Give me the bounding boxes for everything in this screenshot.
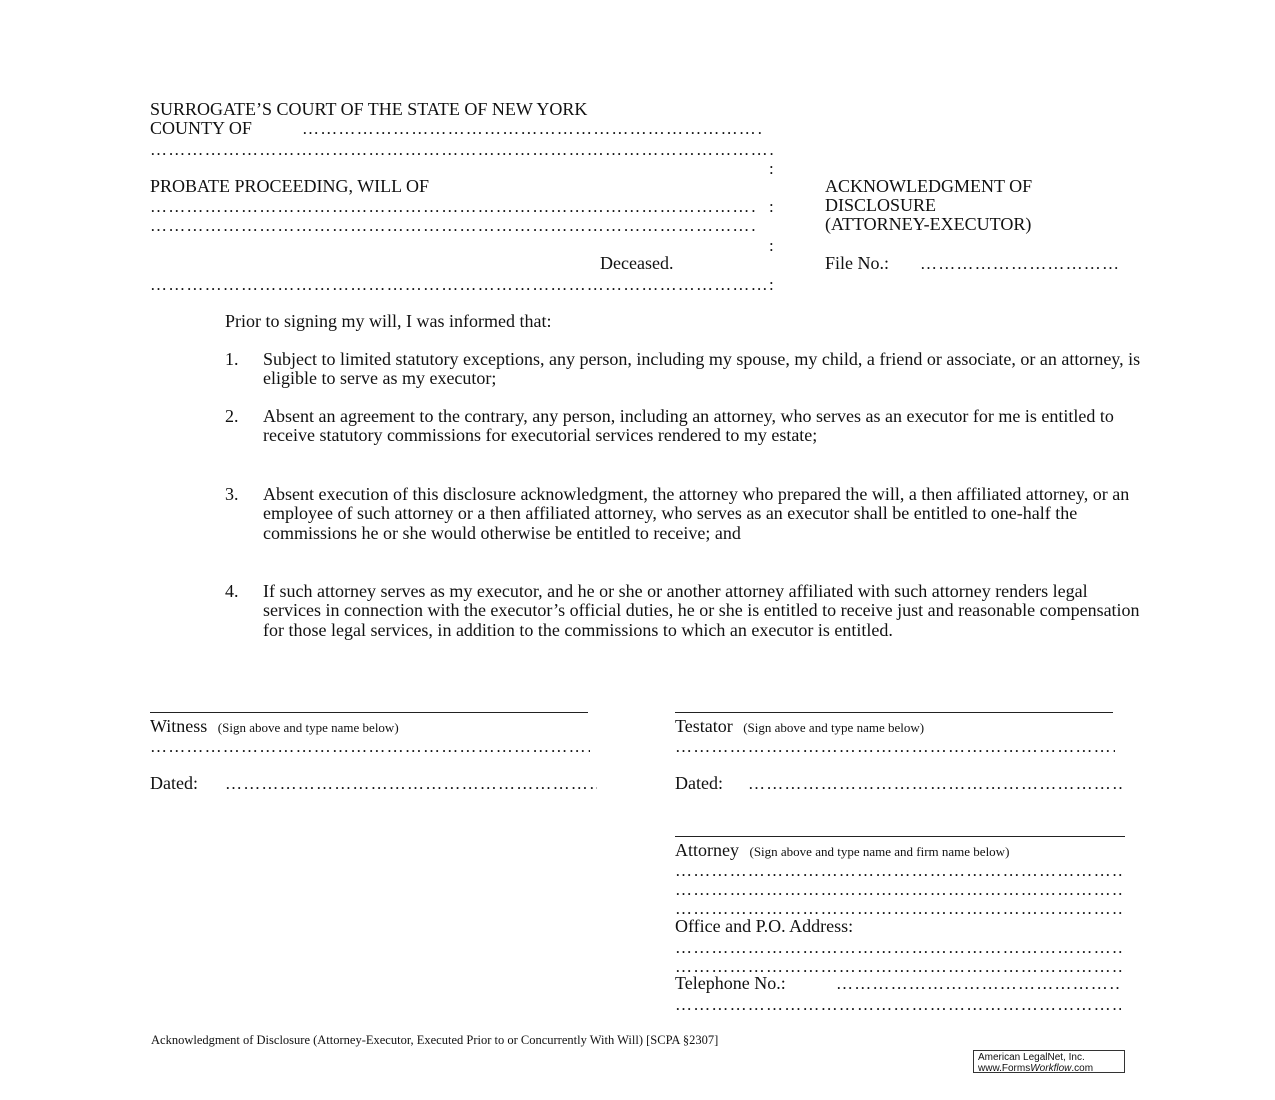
office-address-label: Office and P.O. Address: <box>675 917 853 936</box>
item-number: 2. <box>225 407 239 426</box>
witness-signature-line[interactable] <box>150 712 588 713</box>
document-title-line3: (ATTORNEY-EXECUTOR) <box>825 215 1031 234</box>
item-number: 4. <box>225 582 239 601</box>
office-address-field-1[interactable]: …………………………………………………………………………… <box>675 938 1125 957</box>
witness-block: Witness (Sign above and type name below) <box>150 717 399 737</box>
publisher-name: American LegalNet, Inc. <box>978 1052 1124 1063</box>
file-no-field[interactable]: ……………………………… <box>920 254 1120 273</box>
item-text: Absent execution of this disclosure ackn… <box>263 485 1143 543</box>
caption-separator-dots: …………………………………………………………………………………………………… <box>150 140 774 159</box>
testator-name-field[interactable]: …………………………………………………………………… <box>675 737 1115 756</box>
testator-dated-field[interactable]: …………………………………………………………… <box>748 774 1124 793</box>
item-number: 3. <box>225 485 239 504</box>
attorney-signature-line[interactable] <box>675 836 1125 837</box>
item-text: Absent an agreement to the contrary, any… <box>263 407 1143 446</box>
item-text: If such attorney serves as my executor, … <box>263 582 1143 640</box>
file-no-label: File No.: <box>825 254 889 273</box>
caption-colon: : <box>769 197 774 216</box>
caption-bottom-dots: …………………………………………………………………………………………………… <box>150 275 770 294</box>
caption-colon: : <box>769 159 774 178</box>
document-title-line2: DISCLOSURE <box>825 196 936 215</box>
witness-dated-field[interactable]: …………………………………………………………… <box>225 774 597 793</box>
document-title-line1: ACKNOWLEDGMENT OF <box>825 177 1032 196</box>
attorney-block: Attorney (Sign above and type name and f… <box>675 841 1009 861</box>
caption-colon: : <box>769 275 774 294</box>
publisher-url: www.FormsWorkflow.com <box>978 1063 1124 1074</box>
county-label: COUNTY OF <box>150 119 252 138</box>
testator-label: Testator <box>675 716 733 736</box>
decedent-name-field-2[interactable]: …………………………………………………………………………………………………… <box>150 216 756 235</box>
attorney-name-field-2[interactable]: …………………………………………………………………………… <box>675 880 1125 899</box>
attorney-label: Attorney <box>675 840 739 860</box>
decedent-name-field-1[interactable]: …………………………………………………………………………………………………… <box>150 197 756 216</box>
witness-hint: (Sign above and type name below) <box>218 720 399 735</box>
testator-dated-label: Dated: <box>675 774 723 793</box>
intro-text: Prior to signing my will, I was informed… <box>225 312 551 331</box>
witness-dated-label: Dated: <box>150 774 198 793</box>
attorney-hint: (Sign above and type name and firm name … <box>749 844 1009 859</box>
testator-signature-line[interactable] <box>675 712 1113 713</box>
telephone-label: Telephone No.: <box>675 974 786 993</box>
form-citation: Acknowledgment of Disclosure (Attorney-E… <box>151 1033 718 1047</box>
court-title: SURROGATE’S COURT OF THE STATE OF NEW YO… <box>150 100 587 119</box>
deceased-label: Deceased. <box>600 254 673 273</box>
witness-name-field[interactable]: …………………………………………………………………… <box>150 737 590 756</box>
attorney-name-field-1[interactable]: …………………………………………………………………………… <box>675 861 1125 880</box>
proceeding-label: PROBATE PROCEEDING, WILL OF <box>150 177 429 196</box>
witness-label: Witness <box>150 716 207 736</box>
testator-block: Testator (Sign above and type name below… <box>675 717 924 737</box>
item-text: Subject to limited statutory exceptions,… <box>263 350 1143 389</box>
publisher-badge: American LegalNet, Inc. www.FormsWorkflo… <box>973 1050 1125 1073</box>
attorney-extra-field[interactable]: …………………………………………………………………………… <box>675 995 1121 1014</box>
telephone-field[interactable]: ………………………………………… <box>836 974 1122 993</box>
item-number: 1. <box>225 350 239 369</box>
testator-hint: (Sign above and type name below) <box>743 720 924 735</box>
county-field[interactable]: …………………………………………………………………………… <box>302 119 764 138</box>
caption-colon: : <box>769 236 774 255</box>
